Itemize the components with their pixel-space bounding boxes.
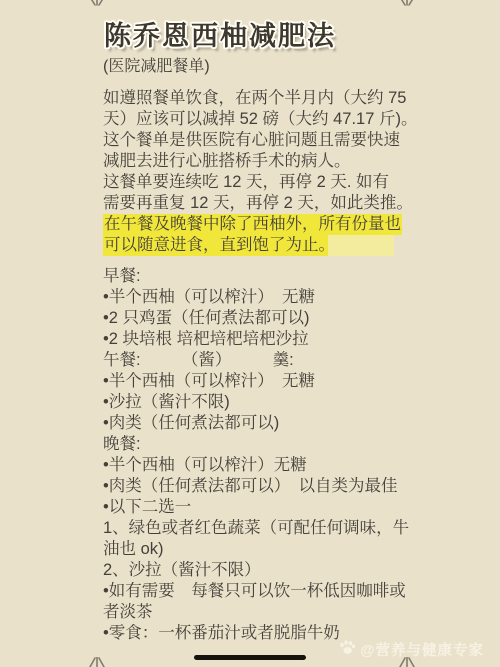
text-line: 天）应该可以减掉 52 磅（大约 47.17 斤)。 — [103, 109, 433, 130]
text-line: 者淡茶 — [103, 602, 433, 623]
author-watermark: @营养与健康专家 — [339, 639, 484, 660]
text-line: 需要再重复 12 天，再停 2 天，如此类推。 — [103, 193, 433, 214]
text-line: 这个餐单是供医院有心脏问题且需要快速 — [103, 130, 433, 151]
home-indicator — [194, 655, 306, 660]
text-line: 2、沙拉（酱汁不限） — [103, 560, 433, 581]
corner-mark — [398, 0, 416, 6]
page-subtitle: (医院减肥餐单) — [103, 53, 210, 76]
text-line: •肉类（任何煮法都可以） 以自类为最佳 — [103, 476, 433, 497]
diet-plan-text: 如遵照餐单饮食，在两个半月内（大约 75天）应该可以减掉 52 磅（大约 47.… — [103, 88, 433, 644]
text-line: •沙拉（酱汁不限) — [103, 392, 433, 413]
text-line: •肉类（任何煮法都可以) — [103, 413, 433, 434]
text-line: 在午餐及晚餐中除了西柚外，所有份量也 — [103, 214, 433, 235]
text-line: •半个西柚（可以榨汁） 无糖 — [103, 287, 433, 308]
text-line: 如遵照餐单饮食，在两个半月内（大约 75 — [103, 88, 433, 109]
text-line: 午餐: （酱） 羹: — [103, 350, 433, 371]
text-line: 1、绿色或者红色蔬菜（可配任何调味，牛 — [103, 518, 433, 539]
text-line: 减肥去进行心脏搭桥手术的病人。 — [103, 151, 433, 172]
diet-note-page: 陈乔恩西柚减肥法 (医院减肥餐单) 如遵照餐单饮食，在两个半月内（大约 75天）… — [0, 0, 500, 667]
corner-mark — [88, 0, 106, 6]
text-line: •2 只鸡蛋（任何煮法都可以) — [103, 308, 433, 329]
text-line: 早餐: — [103, 266, 433, 287]
text-line: 晚餐: — [103, 434, 433, 455]
spacer — [103, 256, 433, 266]
page-title: 陈乔恩西柚减肥法 — [104, 14, 336, 53]
text-line: •以下二选一 — [103, 497, 433, 518]
text-line: •2 块培根 培杷培杷培杷沙拉 — [103, 329, 433, 350]
text-line: 油也 ok) — [103, 539, 433, 560]
text-line: 可以随意进食，直到饱了为止。 — [103, 235, 433, 256]
paw-icon — [339, 640, 356, 659]
corner-mark — [88, 657, 106, 667]
text-line: •半个西柚（可以榨汁）无糖 — [103, 455, 433, 476]
text-line: •如有需要 每餐只可以饮一杯低因咖啡或 — [103, 581, 433, 602]
watermark-handle: @营养与健康专家 — [360, 639, 484, 660]
text-line: •半个西柚（可以榨汁） 无糖 — [103, 371, 433, 392]
text-line: 这餐单要连续吃 12 天，再停 2 天. 如有 — [103, 172, 433, 193]
